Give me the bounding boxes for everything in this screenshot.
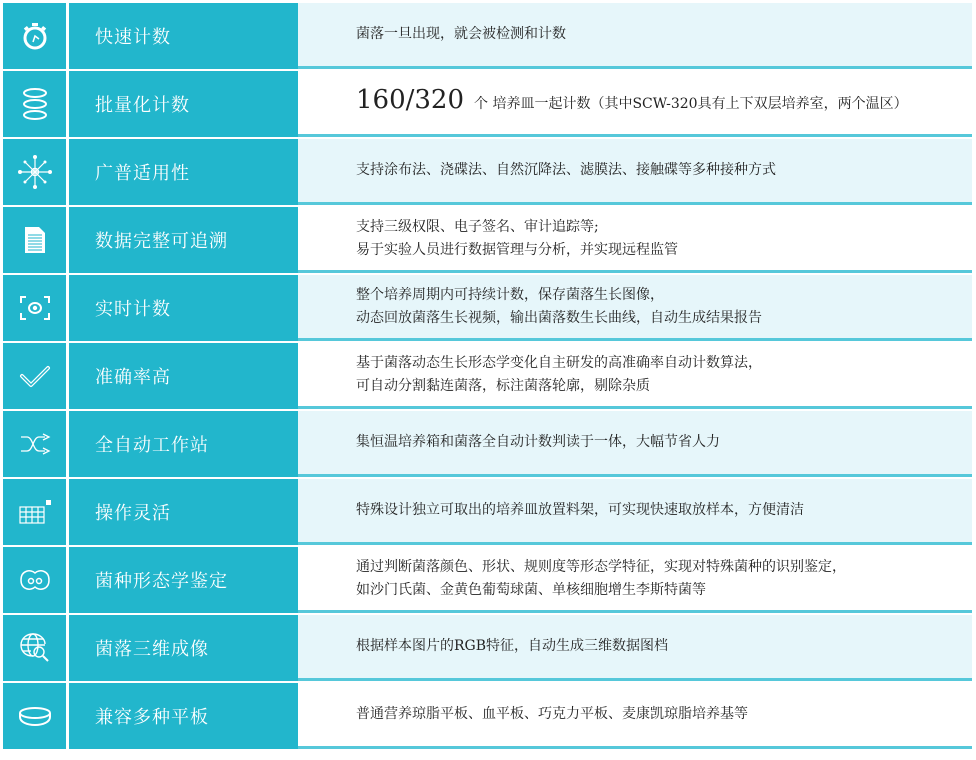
document-icon bbox=[3, 207, 66, 273]
feature-label: 快速计数 bbox=[69, 3, 298, 69]
description-line: 普通营养琼脂平板、血平板、巧克力平板、麦康凯琼脂培养基等 bbox=[356, 703, 972, 726]
feature-description: 支持涂布法、浇碟法、自然沉降法、滤膜法、接触碟等多种接种方式 bbox=[298, 139, 972, 205]
description-line: 特殊设计独立可取出的培养皿放置料架，可实现快速取放样本，方便清洁 bbox=[356, 499, 972, 522]
feature-label: 准确率高 bbox=[69, 343, 298, 409]
feature-row: 菌落三维成像 根据样本图片的RGB特征，自动生成三维数据图档 bbox=[3, 615, 972, 681]
description-line: 通过判断菌落颜色、形状、规则度等形态学特征，实现对特殊菌种的识别鉴定， bbox=[356, 556, 972, 579]
feature-label: 菌种形态学鉴定 bbox=[69, 547, 298, 613]
bacteria-icon bbox=[3, 547, 66, 613]
network-hub-icon bbox=[3, 139, 66, 205]
feature-label: 实时计数 bbox=[69, 275, 298, 341]
feature-row: 操作灵活 特殊设计独立可取出的培养皿放置料架，可实现快速取放样本，方便清洁 bbox=[3, 479, 972, 545]
feature-label: 批量化计数 bbox=[69, 71, 298, 137]
description-line: 整个培养周期内可持续计数，保存菌落生长图像， bbox=[356, 284, 972, 307]
description-line: 易于实验人员进行数据管理与分析，并实现远程监管 bbox=[356, 239, 972, 262]
description-line: 菌落一旦出现，就会被检测和计数 bbox=[356, 23, 972, 46]
description-line: 集恒温培养箱和菌落全自动计数判读于一体，大幅节省人力 bbox=[356, 431, 972, 454]
focus-eye-icon bbox=[3, 275, 66, 341]
feature-row: 菌种形态学鉴定 通过判断菌落颜色、形状、规则度等形态学特征，实现对特殊菌种的识别… bbox=[3, 547, 972, 613]
description-line: 支持涂布法、浇碟法、自然沉降法、滤膜法、接触碟等多种接种方式 bbox=[356, 159, 972, 182]
checkmark-icon bbox=[3, 343, 66, 409]
feature-row: 广普适用性 支持涂布法、浇碟法、自然沉降法、滤膜法、接触碟等多种接种方式 bbox=[3, 139, 972, 205]
description-line: 动态回放菌落生长视频，输出菌落数生长曲线，自动生成结果报告 bbox=[356, 307, 972, 330]
feature-label: 广普适用性 bbox=[69, 139, 298, 205]
feature-row: 全自动工作站 集恒温培养箱和菌落全自动计数判读于一体，大幅节省人力 bbox=[3, 411, 972, 477]
stacked-plates-icon bbox=[3, 71, 66, 137]
petri-dish-icon bbox=[3, 683, 66, 749]
feature-row: 准确率高 基于菌落动态生长形态学变化自主研发的高准确率自动计数算法， 可自动分割… bbox=[3, 343, 972, 409]
description-line: 支持三级权限、电子签名、审计追踪等; bbox=[356, 216, 972, 239]
grid-rack-icon bbox=[3, 479, 66, 545]
description-line: 基于菌落动态生长形态学变化自主研发的高准确率自动计数算法， bbox=[356, 352, 972, 375]
capacity-number: 160/320 bbox=[356, 89, 464, 112]
feature-description: 支持三级权限、电子签名、审计追踪等; 易于实验人员进行数据管理与分析，并实现远程… bbox=[298, 207, 972, 273]
feature-table: 快速计数 菌落一旦出现，就会被检测和计数 批量化计数 160/320 个 培养皿… bbox=[3, 3, 972, 751]
description-line: 个 培养皿一起计数（其中SCW-320具有上下双层培养室，两个温区） bbox=[474, 93, 908, 116]
feature-description: 通过判断菌落颜色、形状、规则度等形态学特征，实现对特殊菌种的识别鉴定， 如沙门氏… bbox=[298, 547, 972, 613]
feature-description: 菌落一旦出现，就会被检测和计数 bbox=[298, 3, 972, 69]
feature-row: 批量化计数 160/320 个 培养皿一起计数（其中SCW-320具有上下双层培… bbox=[3, 71, 972, 137]
feature-label: 菌落三维成像 bbox=[69, 615, 298, 681]
globe-search-icon bbox=[3, 615, 66, 681]
shuffle-icon bbox=[3, 411, 66, 477]
feature-label: 全自动工作站 bbox=[69, 411, 298, 477]
feature-row: 快速计数 菌落一旦出现，就会被检测和计数 bbox=[3, 3, 972, 69]
feature-row: 实时计数 整个培养周期内可持续计数，保存菌落生长图像， 动态回放菌落生长视频，输… bbox=[3, 275, 972, 341]
description-line: 根据样本图片的RGB特征，自动生成三维数据图档 bbox=[356, 635, 972, 658]
feature-description: 特殊设计独立可取出的培养皿放置料架，可实现快速取放样本，方便清洁 bbox=[298, 479, 972, 545]
feature-label: 兼容多种平板 bbox=[69, 683, 298, 749]
description-line: 可自动分割黏连菌落，标注菌落轮廓，剔除杂质 bbox=[356, 375, 972, 398]
feature-label: 操作灵活 bbox=[69, 479, 298, 545]
feature-description: 集恒温培养箱和菌落全自动计数判读于一体，大幅节省人力 bbox=[298, 411, 972, 477]
feature-description: 普通营养琼脂平板、血平板、巧克力平板、麦康凯琼脂培养基等 bbox=[298, 683, 972, 749]
feature-row: 数据完整可追溯 支持三级权限、电子签名、审计追踪等; 易于实验人员进行数据管理与… bbox=[3, 207, 972, 273]
feature-description: 整个培养周期内可持续计数，保存菌落生长图像， 动态回放菌落生长视频，输出菌落数生… bbox=[298, 275, 972, 341]
feature-label: 数据完整可追溯 bbox=[69, 207, 298, 273]
feature-row: 兼容多种平板 普通营养琼脂平板、血平板、巧克力平板、麦康凯琼脂培养基等 bbox=[3, 683, 972, 749]
stopwatch-icon bbox=[3, 3, 66, 69]
feature-description: 160/320 个 培养皿一起计数（其中SCW-320具有上下双层培养室，两个温… bbox=[298, 71, 972, 137]
feature-description: 基于菌落动态生长形态学变化自主研发的高准确率自动计数算法， 可自动分割黏连菌落，… bbox=[298, 343, 972, 409]
feature-description: 根据样本图片的RGB特征，自动生成三维数据图档 bbox=[298, 615, 972, 681]
description-line: 如沙门氏菌、金黄色葡萄球菌、单核细胞增生李斯特菌等 bbox=[356, 579, 972, 602]
